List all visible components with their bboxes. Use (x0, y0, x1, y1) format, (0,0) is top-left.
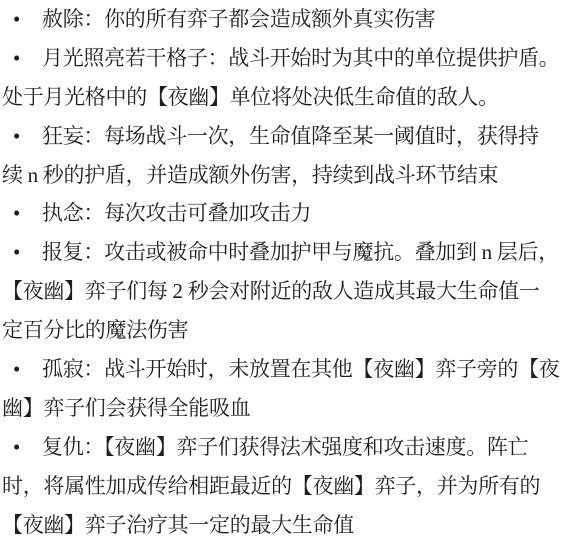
list-item-text: 孤寂：战斗开始时，未放置在其他【夜幽】弈子旁的【夜 (42, 357, 560, 381)
bullet-icon: • (13, 0, 42, 39)
list-item-text: 月光照亮若干格子：战斗开始时为其中的单位提供护盾。 (42, 46, 560, 70)
list-item-text: 【夜幽】弈子们每 2 秒会对附近的敌人造成其最大生命值一 (2, 279, 540, 303)
bullet-icon: • (13, 350, 42, 389)
list-item-text: 报复：攻击或被命中时叠加护甲与魔抗。叠加到 n 层后， (42, 240, 559, 264)
list-item-continuation: 【夜幽】弈子治疗其一定的最大生命值 (0, 506, 569, 545)
list-item-text: 复仇：【夜幽】弈子们获得法术强度和攻击速度。阵亡 (42, 435, 528, 459)
list-item-continuation: 时，将属性加成传给相距最近的【夜幽】弈子，并为所有的 (0, 467, 569, 506)
list-item-text: 时，将属性加成传给相距最近的【夜幽】弈子，并为所有的 (2, 474, 540, 498)
list-item-text: 狂妄：每场战斗一次，生命值降至某一阈值时，获得持 (42, 124, 539, 148)
list-item-continuation: 处于月光格中的【夜幽】单位将处决低生命值的敌人。 (0, 78, 569, 117)
bullet-icon: • (13, 428, 42, 467)
list-item-text: 【夜幽】弈子治疗其一定的最大生命值 (2, 513, 354, 537)
list-item-text: 处于月光格中的【夜幽】单位将处决低生命值的敌人。 (2, 85, 499, 109)
document-page: •赦除：你的所有弈子都会造成额外真实伤害•月光照亮若干格子：战斗开始时为其中的单… (0, 0, 569, 552)
bullet-icon: • (13, 39, 42, 78)
bullet-icon: • (13, 194, 42, 233)
list-item: •狂妄：每场战斗一次，生命值降至某一阈值时，获得持 (0, 117, 569, 156)
list-item-text: 执念：每次攻击可叠加攻击力 (42, 201, 311, 225)
list-item: •月光照亮若干格子：战斗开始时为其中的单位提供护盾。 (0, 39, 569, 78)
list-item: •报复：攻击或被命中时叠加护甲与魔抗。叠加到 n 层后， (0, 233, 569, 272)
list-item: •执念：每次攻击可叠加攻击力 (0, 194, 569, 233)
list-item-text: 幽】弈子们会获得全能吸血 (2, 396, 250, 420)
list-item-text: 定百分比的魔法伤害 (2, 318, 188, 342)
list-item-continuation: 【夜幽】弈子们每 2 秒会对附近的敌人造成其最大生命值一 (0, 272, 569, 311)
list-item-text: 赦除：你的所有弈子都会造成额外真实伤害 (42, 7, 435, 31)
list-item-continuation: 幽】弈子们会获得全能吸血 (0, 389, 569, 428)
list-item: •赦除：你的所有弈子都会造成额外真实伤害 (0, 0, 569, 39)
list-item: •孤寂：战斗开始时，未放置在其他【夜幽】弈子旁的【夜 (0, 350, 569, 389)
bullet-icon: • (13, 117, 42, 156)
bullet-icon: • (13, 233, 42, 272)
list-item-text: 续 n 秒的护盾，并造成额外伤害，持续到战斗环节结束 (2, 163, 498, 187)
list-item: •复仇：【夜幽】弈子们获得法术强度和攻击速度。阵亡 (0, 428, 569, 467)
list-item-continuation: 续 n 秒的护盾，并造成额外伤害，持续到战斗环节结束 (0, 156, 569, 195)
list-item-continuation: 定百分比的魔法伤害 (0, 311, 569, 350)
